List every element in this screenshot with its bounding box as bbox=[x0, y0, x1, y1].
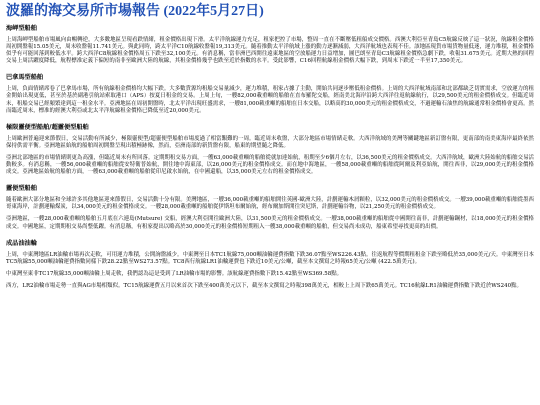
paragraph: 中東灣至東非TC17航線35,000噸油輪上周走軟，我們認為這是受到了LR油輪市… bbox=[6, 271, 534, 278]
section-heading-handysize: 靈便型船舶 bbox=[6, 185, 534, 193]
report-page: 波羅的海交易所市場報告 (2022年5月27日) 海岬型船舶 上周海岬型船舶市場… bbox=[0, 0, 540, 290]
paragraph: 亞洲地區，一艘28,000載重噸的船舶五月底在六連島(Mutsure) 交船，經… bbox=[6, 216, 534, 230]
section-heading-capesize: 海岬型船舶 bbox=[6, 25, 534, 33]
section-panamax: 巴拿馬型船舶 上周，負面情緒席卷了巴拿馬市場，所有航線租金價格均大幅下跌。大多數… bbox=[6, 74, 534, 114]
paragraph: 隨着歐洲大部分地區和全球許多其他地區迎來節假日，交易活動十分有限。美灣地區，一艘… bbox=[6, 197, 534, 211]
paragraph: 亞洲北部地區的市場情緒則更為高漲，但臨近周末有所回落。定期期租交易方面，一艘63… bbox=[6, 155, 534, 176]
paragraph: 上周歐洲普遍迎來節假日，交易活動有所減少，極限靈便型/超靈便型船舶市場度過了相當… bbox=[6, 136, 534, 150]
paragraph: 上周海岬型船舶市場風向由暢轉逆，大多數地區呈現看跌情緒，租金價格出現下滑。太平洋… bbox=[6, 37, 534, 65]
section-heading-panamax: 巴拿馬型船舶 bbox=[6, 74, 534, 82]
paragraph: 西方，LR2油輪市場走勢一直與AG市場相類似。TC15航線運費五月以來首次下跌至… bbox=[6, 283, 534, 290]
section-heading-clean-tankers: 成品油油輪 bbox=[6, 240, 534, 248]
section-clean-tankers: 成品油油輪 上周，中東灣地區LR油輪市場再次走軟，可用運力堆積，公開詢盤減少。中… bbox=[6, 240, 534, 290]
section-ultramax-supramax: 極限靈便型船舶/超靈便型船舶 上周歐洲普遍迎來節假日，交易活動有所減少，極限靈便… bbox=[6, 124, 534, 176]
paragraph: 上周，負面情緒席卷了巴拿馬市場，所有航線租金價格均大幅下跌。大多數貨源均租船交易… bbox=[6, 86, 534, 114]
section-handysize: 靈便型船舶 隨着歐洲大部分地區和全球許多其他地區迎來節假日，交易活動十分有限。美… bbox=[6, 185, 534, 230]
section-heading-ultramax-supramax: 極限靈便型船舶/超靈便型船舶 bbox=[6, 124, 534, 132]
section-capesize: 海岬型船舶 上周海岬型船舶市場風向由暢轉逆，大多數地區呈現看跌情緒，租金價格出現… bbox=[6, 25, 534, 65]
report-title: 波羅的海交易所市場報告 (2022年5月27日) bbox=[6, 3, 534, 21]
paragraph: 上周，中東灣地區LR油輪市場再次走軟，可用運力堆積，公開詢盤減少。中東灣至日本T… bbox=[6, 252, 534, 266]
